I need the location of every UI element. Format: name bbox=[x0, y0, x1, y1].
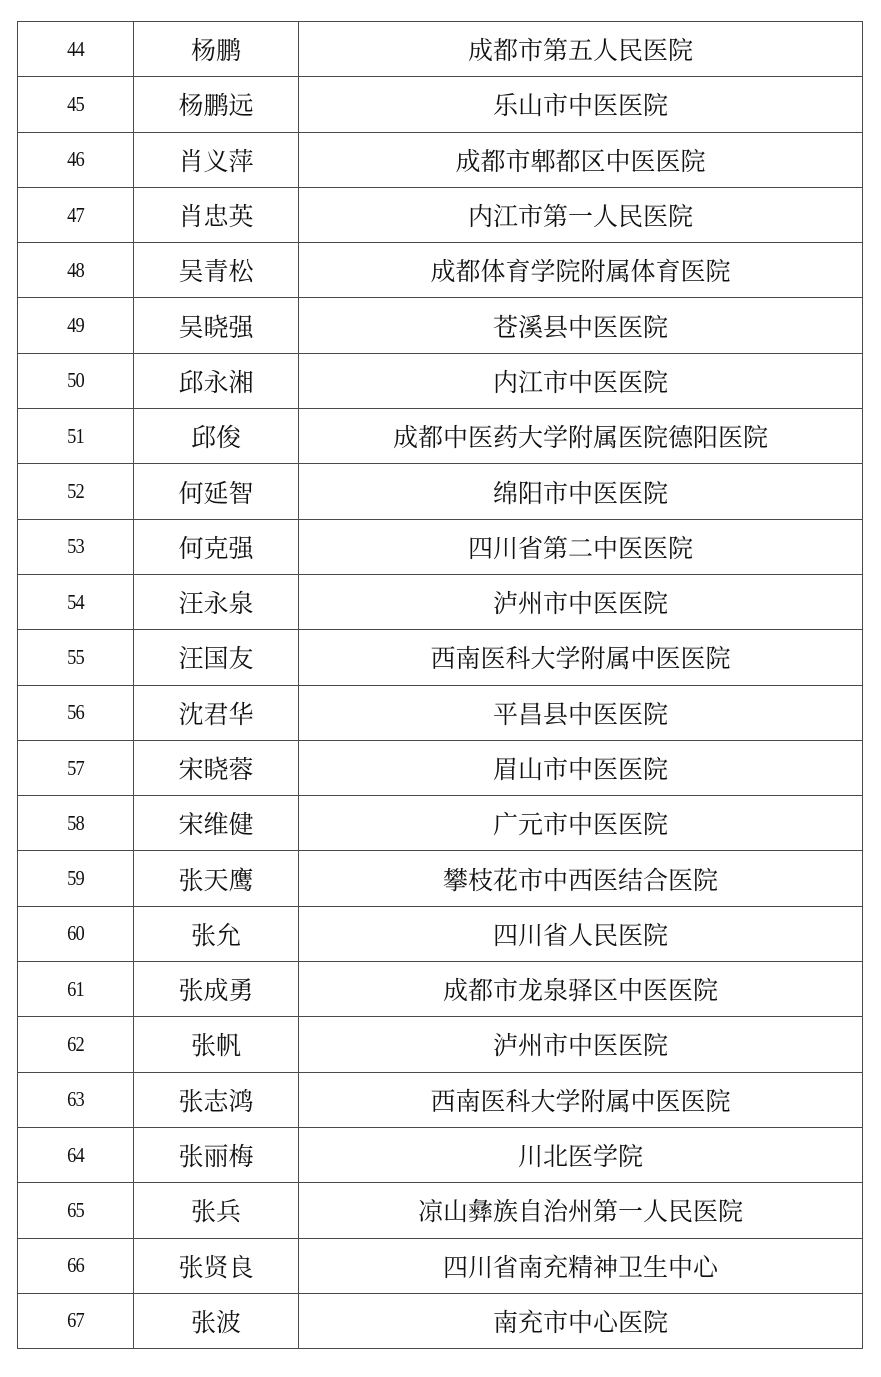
cell-number: 61 bbox=[18, 962, 134, 1017]
table-row: 54汪永泉泸州市中医医院 bbox=[18, 574, 863, 629]
cell-organization: 成都中医药大学附属医院德阳医院 bbox=[299, 409, 863, 464]
cell-organization: 四川省人民医院 bbox=[299, 906, 863, 961]
cell-number: 67 bbox=[18, 1293, 134, 1348]
cell-organization: 四川省第二中医医院 bbox=[299, 519, 863, 574]
cell-organization: 平昌县中医医院 bbox=[299, 685, 863, 740]
cell-person-name: 宋维健 bbox=[134, 796, 299, 851]
row-number: 44 bbox=[67, 37, 84, 62]
row-number: 49 bbox=[67, 313, 84, 338]
cell-number: 59 bbox=[18, 851, 134, 906]
cell-number: 45 bbox=[18, 77, 134, 132]
row-number: 57 bbox=[67, 756, 84, 781]
cell-person-name: 张志鸿 bbox=[134, 1072, 299, 1127]
cell-person-name: 张兵 bbox=[134, 1183, 299, 1238]
table-row: 55汪国友西南医科大学附属中医医院 bbox=[18, 630, 863, 685]
cell-organization: 凉山彝族自治州第一人民医院 bbox=[299, 1183, 863, 1238]
cell-organization: 内江市中医医院 bbox=[299, 353, 863, 408]
cell-number: 46 bbox=[18, 132, 134, 187]
cell-organization: 眉山市中医医院 bbox=[299, 740, 863, 795]
row-number: 45 bbox=[67, 92, 84, 117]
row-number: 65 bbox=[67, 1198, 84, 1223]
cell-organization: 广元市中医医院 bbox=[299, 796, 863, 851]
cell-organization: 苍溪县中医医院 bbox=[299, 298, 863, 353]
cell-number: 44 bbox=[18, 22, 134, 77]
cell-person-name: 张帆 bbox=[134, 1017, 299, 1072]
cell-person-name: 邱永湘 bbox=[134, 353, 299, 408]
cell-number: 50 bbox=[18, 353, 134, 408]
personnel-table: 44杨鹏成都市第五人民医院45杨鹏远乐山市中医医院46肖义萍成都市郫都区中医医院… bbox=[17, 21, 863, 1349]
cell-person-name: 邱俊 bbox=[134, 409, 299, 464]
row-number: 46 bbox=[67, 147, 84, 172]
row-number: 50 bbox=[67, 368, 84, 393]
cell-organization: 成都市郫都区中医医院 bbox=[299, 132, 863, 187]
cell-number: 53 bbox=[18, 519, 134, 574]
table-row: 45杨鹏远乐山市中医医院 bbox=[18, 77, 863, 132]
table-row: 44杨鹏成都市第五人民医院 bbox=[18, 22, 863, 77]
table-row: 51邱俊成都中医药大学附属医院德阳医院 bbox=[18, 409, 863, 464]
cell-person-name: 杨鹏远 bbox=[134, 77, 299, 132]
table-row: 49吴晓强苍溪县中医医院 bbox=[18, 298, 863, 353]
row-number: 51 bbox=[67, 424, 84, 449]
cell-person-name: 肖义萍 bbox=[134, 132, 299, 187]
table-row: 61张成勇成都市龙泉驿区中医医院 bbox=[18, 962, 863, 1017]
table-row: 47肖忠英内江市第一人民医院 bbox=[18, 187, 863, 242]
cell-person-name: 肖忠英 bbox=[134, 187, 299, 242]
cell-organization: 成都市龙泉驿区中医医院 bbox=[299, 962, 863, 1017]
table-row: 53何克强四川省第二中医医院 bbox=[18, 519, 863, 574]
table-row: 64张丽梅川北医学院 bbox=[18, 1127, 863, 1182]
cell-person-name: 张成勇 bbox=[134, 962, 299, 1017]
table-row: 66张贤良四川省南充精神卫生中心 bbox=[18, 1238, 863, 1293]
table-row: 60张允四川省人民医院 bbox=[18, 906, 863, 961]
row-number: 60 bbox=[67, 921, 84, 946]
row-number: 48 bbox=[67, 258, 84, 283]
table-body: 44杨鹏成都市第五人民医院45杨鹏远乐山市中医医院46肖义萍成都市郫都区中医医院… bbox=[18, 22, 863, 1349]
cell-person-name: 吴晓强 bbox=[134, 298, 299, 353]
cell-organization: 南充市中心医院 bbox=[299, 1293, 863, 1348]
cell-number: 66 bbox=[18, 1238, 134, 1293]
row-number: 62 bbox=[67, 1032, 84, 1057]
cell-person-name: 汪国友 bbox=[134, 630, 299, 685]
cell-person-name: 张贤良 bbox=[134, 1238, 299, 1293]
cell-organization: 成都市第五人民医院 bbox=[299, 22, 863, 77]
cell-person-name: 杨鹏 bbox=[134, 22, 299, 77]
cell-number: 60 bbox=[18, 906, 134, 961]
row-number: 61 bbox=[67, 977, 84, 1002]
cell-person-name: 沈君华 bbox=[134, 685, 299, 740]
cell-person-name: 何延智 bbox=[134, 464, 299, 519]
cell-number: 56 bbox=[18, 685, 134, 740]
row-number: 64 bbox=[67, 1143, 84, 1168]
cell-number: 63 bbox=[18, 1072, 134, 1127]
cell-number: 62 bbox=[18, 1017, 134, 1072]
row-number: 63 bbox=[67, 1087, 84, 1112]
row-number: 59 bbox=[67, 866, 84, 891]
cell-organization: 乐山市中医医院 bbox=[299, 77, 863, 132]
cell-person-name: 何克强 bbox=[134, 519, 299, 574]
cell-organization: 成都体育学院附属体育医院 bbox=[299, 243, 863, 298]
row-number: 54 bbox=[67, 590, 84, 615]
cell-person-name: 吴青松 bbox=[134, 243, 299, 298]
cell-number: 52 bbox=[18, 464, 134, 519]
cell-number: 58 bbox=[18, 796, 134, 851]
cell-organization: 绵阳市中医医院 bbox=[299, 464, 863, 519]
table-row: 57宋晓蓉眉山市中医医院 bbox=[18, 740, 863, 795]
table-row: 52何延智绵阳市中医医院 bbox=[18, 464, 863, 519]
cell-number: 49 bbox=[18, 298, 134, 353]
cell-person-name: 张天鹰 bbox=[134, 851, 299, 906]
table-row: 59张天鹰攀枝花市中西医结合医院 bbox=[18, 851, 863, 906]
cell-organization: 攀枝花市中西医结合医院 bbox=[299, 851, 863, 906]
table-row: 46肖义萍成都市郫都区中医医院 bbox=[18, 132, 863, 187]
cell-person-name: 张允 bbox=[134, 906, 299, 961]
cell-number: 64 bbox=[18, 1127, 134, 1182]
cell-number: 47 bbox=[18, 187, 134, 242]
cell-organization: 川北医学院 bbox=[299, 1127, 863, 1182]
cell-organization: 西南医科大学附属中医医院 bbox=[299, 630, 863, 685]
cell-organization: 泸州市中医医院 bbox=[299, 574, 863, 629]
cell-organization: 四川省南充精神卫生中心 bbox=[299, 1238, 863, 1293]
cell-number: 55 bbox=[18, 630, 134, 685]
row-number: 67 bbox=[67, 1308, 84, 1333]
table-row: 67张波南充市中心医院 bbox=[18, 1293, 863, 1348]
table-row: 56沈君华平昌县中医医院 bbox=[18, 685, 863, 740]
row-number: 47 bbox=[67, 203, 84, 228]
table-row: 63张志鸿西南医科大学附属中医医院 bbox=[18, 1072, 863, 1127]
cell-number: 57 bbox=[18, 740, 134, 795]
cell-number: 65 bbox=[18, 1183, 134, 1238]
cell-organization: 泸州市中医医院 bbox=[299, 1017, 863, 1072]
row-number: 58 bbox=[67, 811, 84, 836]
cell-person-name: 汪永泉 bbox=[134, 574, 299, 629]
cell-person-name: 张丽梅 bbox=[134, 1127, 299, 1182]
cell-organization: 西南医科大学附属中医医院 bbox=[299, 1072, 863, 1127]
table-row: 65张兵凉山彝族自治州第一人民医院 bbox=[18, 1183, 863, 1238]
cell-organization: 内江市第一人民医院 bbox=[299, 187, 863, 242]
cell-person-name: 张波 bbox=[134, 1293, 299, 1348]
row-number: 66 bbox=[67, 1253, 84, 1278]
cell-number: 51 bbox=[18, 409, 134, 464]
row-number: 52 bbox=[67, 479, 84, 504]
cell-number: 54 bbox=[18, 574, 134, 629]
table-row: 58宋维健广元市中医医院 bbox=[18, 796, 863, 851]
row-number: 53 bbox=[67, 534, 84, 559]
row-number: 55 bbox=[67, 645, 84, 670]
row-number: 56 bbox=[67, 700, 84, 725]
table-row: 62张帆泸州市中医医院 bbox=[18, 1017, 863, 1072]
cell-person-name: 宋晓蓉 bbox=[134, 740, 299, 795]
cell-number: 48 bbox=[18, 243, 134, 298]
table-row: 48吴青松成都体育学院附属体育医院 bbox=[18, 243, 863, 298]
table-row: 50邱永湘内江市中医医院 bbox=[18, 353, 863, 408]
